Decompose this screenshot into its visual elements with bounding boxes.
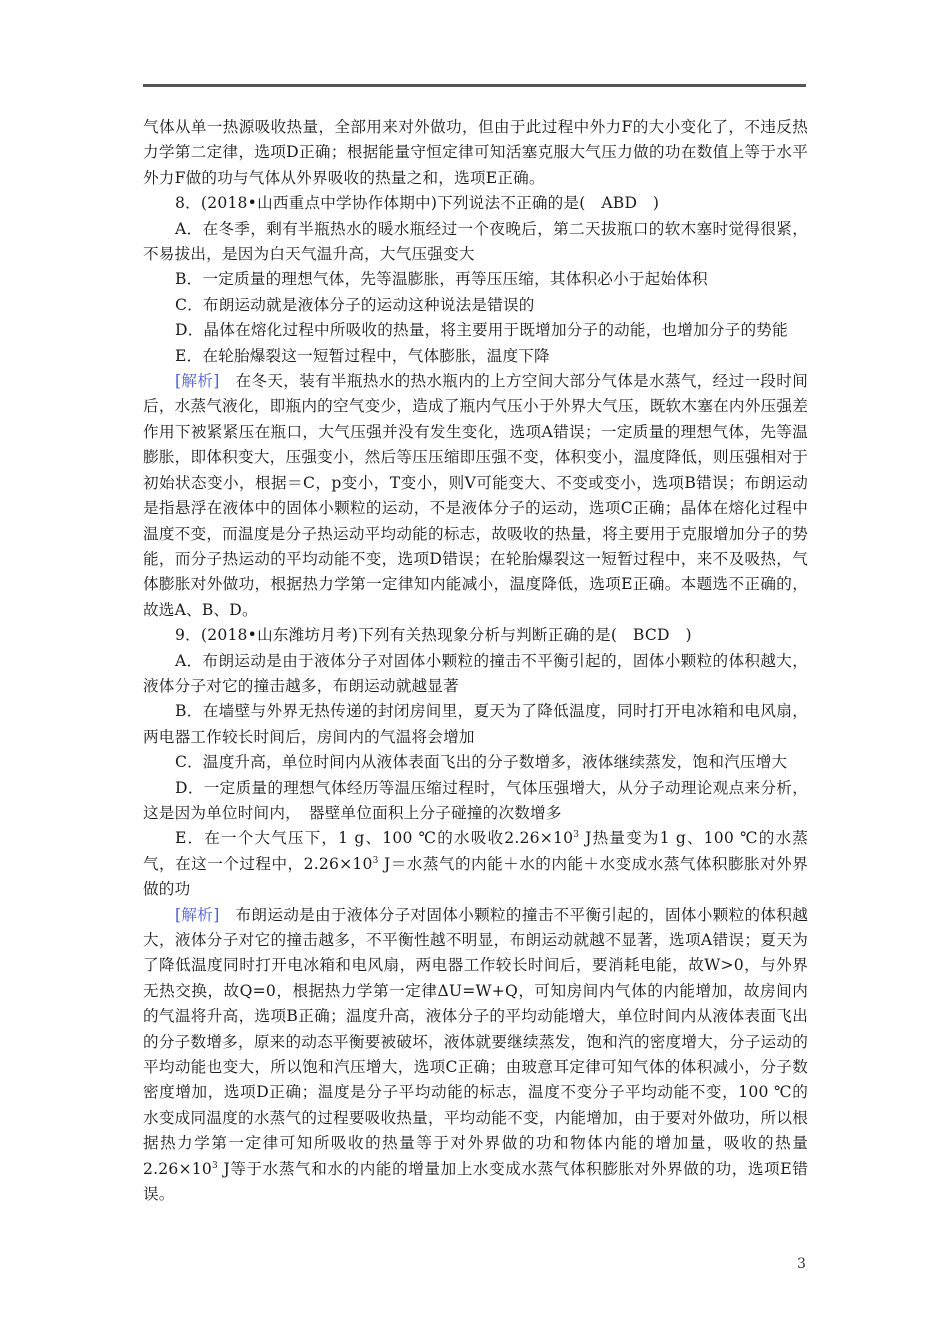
question-8-option-b: B．一定质量的理想气体，先等温膨胀，再等压压缩，其体积必小于起始体积 [143,267,808,292]
header-rule [143,84,806,87]
paragraph-continuation: 气体从单一热源吸收热量，全部用来对外做功，但由于此过程中外力F的大小变化了，不违… [143,115,808,191]
analysis-label: [解析] [175,372,220,390]
question-8-option-c: C．布朗运动就是液体分子的运动这种说法是错误的 [143,293,808,318]
analysis-text: J等于水蒸气和水的内能的增量加上水变成水蒸气体积膨胀对外界做的功，选项E错误。 [143,1160,808,1203]
question-9-analysis: [解析] 布朗运动是由于液体分子对固体小颗粒的撞击不平衡引起的，固体小颗粒的体积… [143,903,808,1208]
question-8-option-e: E．在轮胎爆裂这一短暂过程中，气体膨胀，温度下降 [143,344,808,369]
page-number: 3 [797,1256,806,1272]
question-9-option-e: E．在一个大气压下，1 g、100 ℃的水吸收2.26×103 J热量变为1 g… [143,826,808,902]
question-8-stem: 8．(2018•山西重点中学协作体期中)下列说法不正确的是( ABD ) [143,191,808,216]
analysis-text: 在冬天，装有半瓶热水的热水瓶内的上方空间大部分气体是水蒸气，经过一段时间后，水蒸… [143,372,808,619]
question-9-option-b: B．在墙壁与外界无热传递的封闭房间里，夏天为了降低温度，同时打开电冰箱和电风扇，… [143,699,808,750]
document-body: 气体从单一热源吸收热量，全部用来对外做功，但由于此过程中外力F的大小变化了，不违… [143,115,808,1207]
option-e-text: E．在一个大气压下，1 g、100 ℃的水吸收2.26×10 [175,829,573,847]
question-9-option-c: C．温度升高，单位时间内从液体表面飞出的分子数增多，液体继续蒸发，饱和汽压增大 [143,750,808,775]
question-8-analysis: [解析] 在冬天，装有半瓶热水的热水瓶内的上方空间大部分气体是水蒸气，经过一段时… [143,369,808,623]
question-8-option-a: A．在冬季，剩有半瓶热水的暖水瓶经过一个夜晚后，第二天拔瓶口的软木塞时觉得很紧，… [143,217,808,268]
analysis-label: [解析] [175,906,220,924]
question-8-option-d: D．晶体在熔化过程中所吸收的热量，将主要用于既增加分子的动能，也增加分子的势能 [143,318,808,343]
question-9-stem: 9．(2018•山东潍坊月考)下列有关热现象分析与判断正确的是( BCD ) [143,623,808,648]
analysis-text: 布朗运动是由于液体分子对固体小颗粒的撞击不平衡引起的，固体小颗粒的体积越大，液体… [143,906,808,1178]
question-9-option-a: A．布朗运动是由于液体分子对固体小颗粒的撞击不平衡引起的，固体小颗粒的体积越大，… [143,649,808,700]
question-9-option-d: D．一定质量的理想气体经历等温压缩过程时，气体压强增大，从分子动理论观点来分析，… [143,776,808,827]
